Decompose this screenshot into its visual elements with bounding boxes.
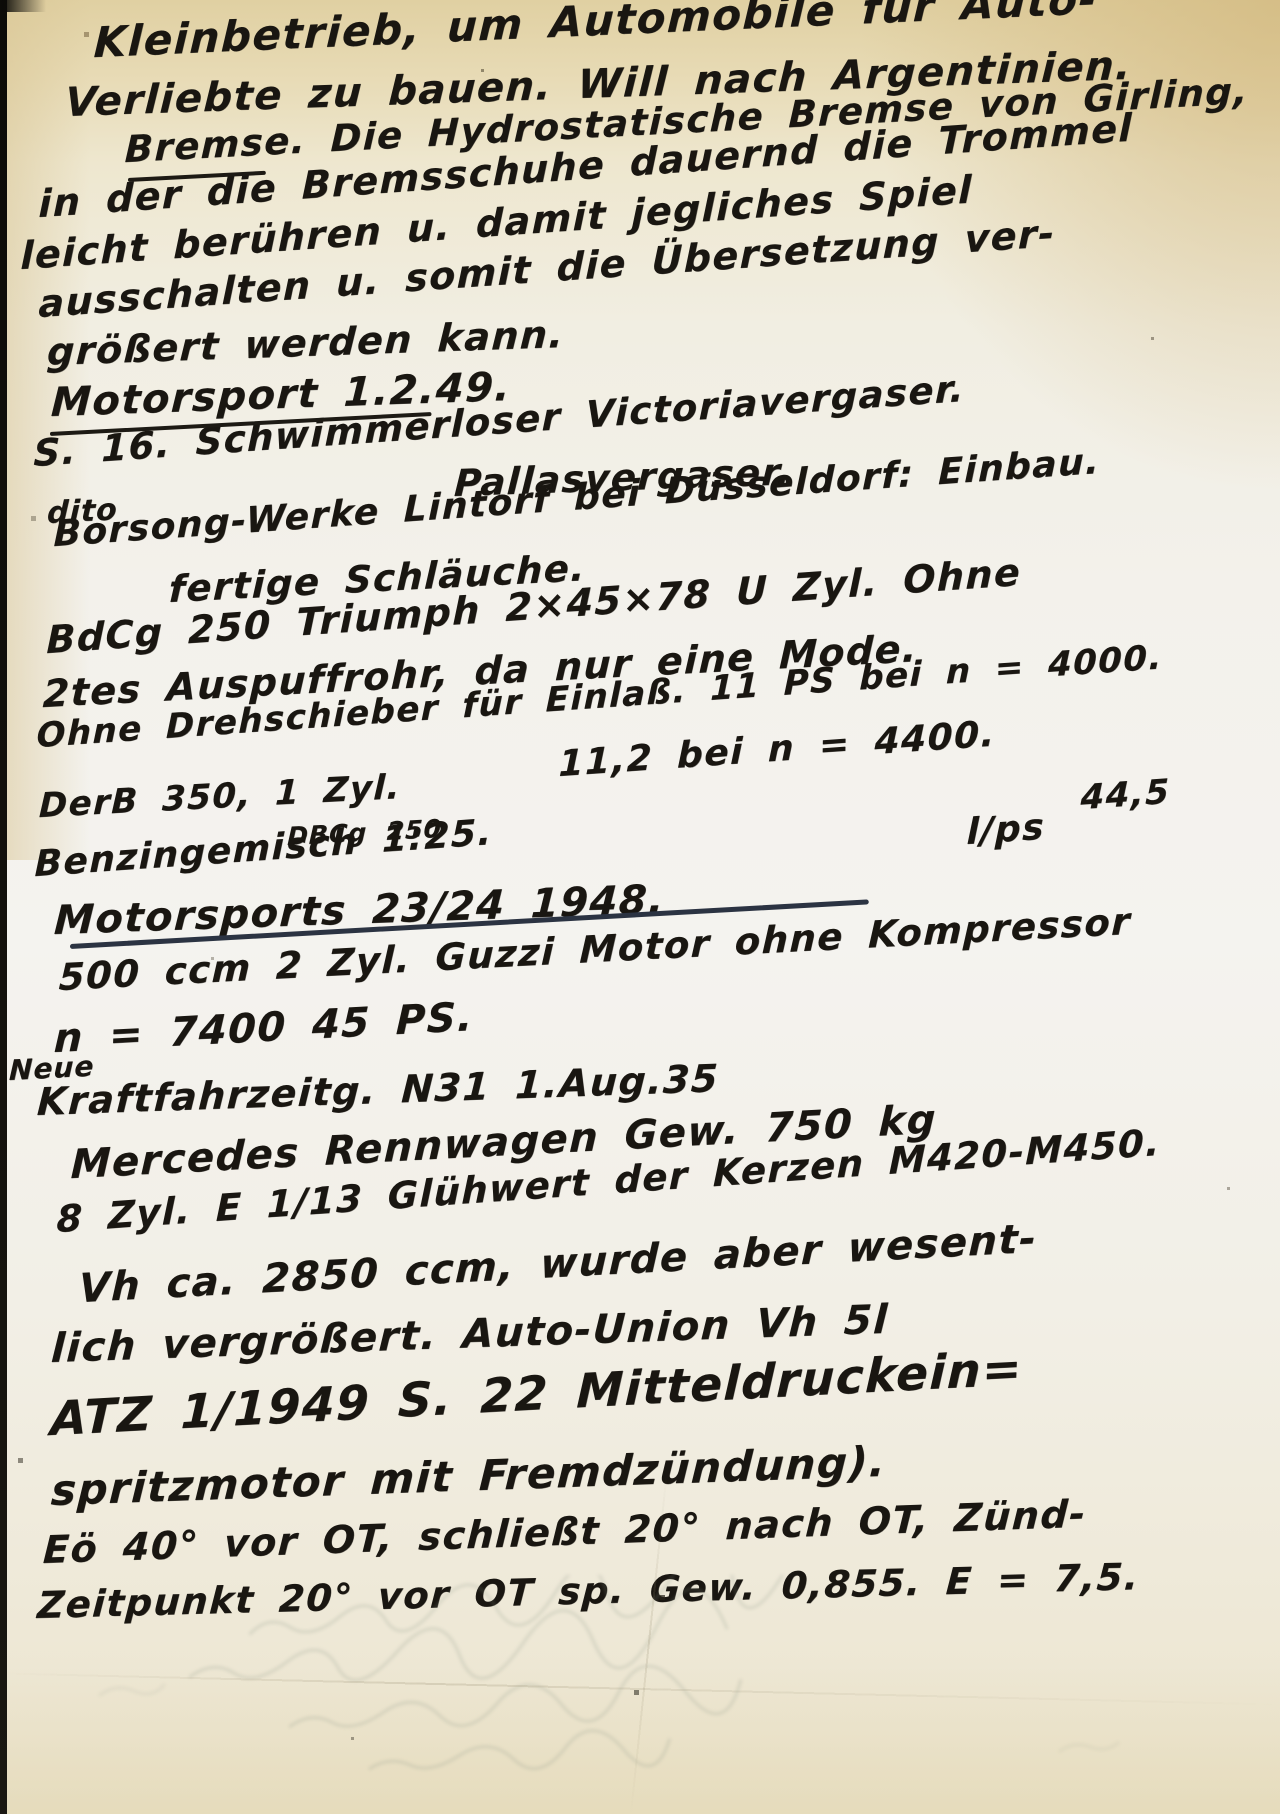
scanned-handwritten-page: Kleinbetrieb, um Automobile für Auto-Ver… xyxy=(0,0,1280,1814)
handwritten-text: l/ps xyxy=(966,806,1045,853)
handwritten-text: DerB 350, 1 Zyl. xyxy=(38,767,401,826)
line-derb350: DerB 350, 1 Zyl. xyxy=(38,767,402,826)
line-hubraum: Vh ca. 2850 ccm, wurde aber wesent- xyxy=(78,1216,1039,1312)
handwritten-text: 11,2 bei n = 4400. xyxy=(558,713,996,785)
paper-crease xyxy=(0,1672,1280,1705)
handwritten-text: n = 7400 45 PS. xyxy=(53,994,475,1062)
line-44-5: 44,5 xyxy=(1079,772,1171,818)
handwritten-text: Benzingemisch 1:25. xyxy=(34,812,493,885)
line-7400: n = 7400 45 PS. xyxy=(53,994,475,1062)
line-11-2-bei-n: 11,2 bei n = 4400. xyxy=(557,714,997,785)
scan-edge-left xyxy=(0,0,7,1814)
handwritten-text: Vh ca. 2850 ccm, wurde aber wesent- xyxy=(78,1216,1038,1312)
line-benzingemisch: Benzingemisch 1:25. xyxy=(33,812,494,885)
scan-edge-top-corner xyxy=(0,0,46,12)
line-l-ps: l/ps xyxy=(965,807,1046,853)
aged-paper-bottom xyxy=(0,1664,1280,1814)
handwritten-text: 44,5 xyxy=(1080,772,1170,818)
